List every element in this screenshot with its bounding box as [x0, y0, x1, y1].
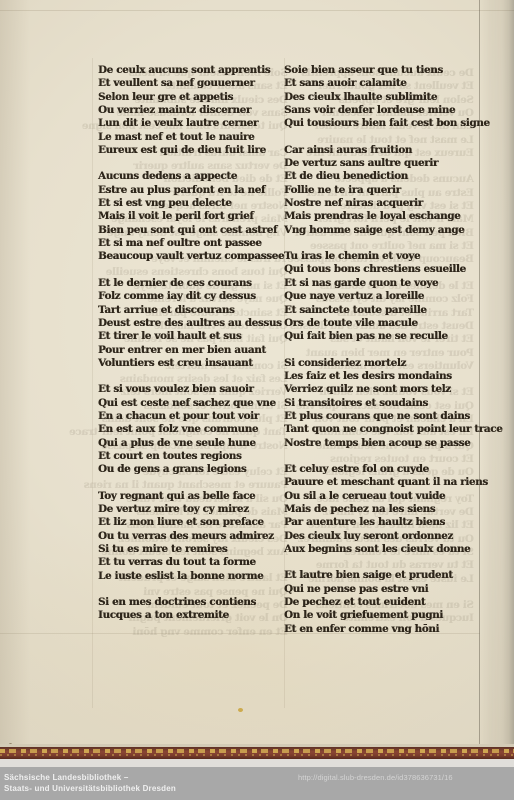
poem-line: Et si ma nef oultre ont passee: [98, 237, 284, 250]
poem-line: Voluntiers est creu insauant: [98, 357, 284, 370]
poem-line: Mais prendras le loyal eschange: [284, 210, 502, 223]
digitized-book-page-view: De ceulx aucuns sont apprentisEt veullen…: [0, 0, 514, 800]
stanza: Car ainsi auras fruitionDe vertuz sans a…: [284, 144, 502, 237]
poem-line: On le voit griefuement pugni: [284, 609, 502, 622]
poem-line: Tant quon ne congnoist point leur trace: [284, 423, 502, 436]
poem-line: Le iuste eslist la bonne norme: [98, 570, 284, 583]
stanza: Et le dernier de ces couransFolz comme i…: [98, 277, 284, 370]
poem-line: Qui fait bien pas ne se reculle: [284, 330, 502, 343]
library-name-line2: Staats- und Universitätsbibliothek Dresd…: [4, 783, 176, 794]
gilt-binding-edge: [0, 747, 514, 759]
poem-line: Si tu es mire te remires: [98, 543, 284, 556]
poem-line: Pour entrer en mer bien auant: [98, 344, 284, 357]
poem-line: Et celuy estre fol on cuyde: [284, 463, 502, 476]
right-column: Soie bien asseur que tu tiensEt sans auo…: [284, 64, 502, 636]
poem-line: Ou tu verras des meurs admirez: [98, 530, 284, 543]
poem-line: Et sans auoir calamite: [284, 77, 502, 90]
poem-line: Le mast nef et tout le nauire: [98, 131, 284, 144]
poem-line: Et le dernier de ces courans: [98, 277, 284, 290]
poem-line: Iucques a ton extremite: [98, 609, 284, 622]
poem-line: De ceulx aucuns sont apprentis: [98, 64, 284, 77]
poem-line: Si transitoires et soudains: [284, 397, 502, 410]
stanza: Et lautre bien saige et prudentQui ne pe…: [284, 569, 502, 636]
poem-line: Nostre temps bien acoup se passe: [284, 437, 502, 450]
poem-line: Ou sil a le cerueau tout vuide: [284, 490, 502, 503]
stanza: Aucuns dedens a appecteEstre au plus par…: [98, 170, 284, 263]
poem-line: De vertuz mire toy cy mirez: [98, 503, 284, 516]
poem-line: Toy regnant qui as belle face: [98, 490, 284, 503]
poem-line: Tu iras le chemin et voye: [284, 250, 502, 263]
poem-line: Qui ne pense pas estre vni: [284, 583, 502, 596]
watermark-bar: Sächsische Landesbibliothek – Staats- un…: [0, 767, 514, 800]
left-column: De ceulx aucuns sont apprentisEt veullen…: [98, 64, 284, 636]
poem-line: Des cieulx luy seront ordonnez: [284, 530, 502, 543]
poem-line: De vertuz sans aultre querir: [284, 157, 502, 170]
poem-line: Si consideriez mortelz: [284, 357, 502, 370]
stanza: De ceulx aucuns sont apprentisEt veullen…: [98, 64, 284, 157]
poem-line: Selon leur gre et appetis: [98, 91, 284, 104]
poem-line: Lun dit ie veulx lautre cerner: [98, 117, 284, 130]
poem-line: Nostre nef niras acquerir: [284, 197, 502, 210]
poem-line: Qui a plus de vne seule hune: [98, 437, 284, 450]
poem-line: Qui est ceste nef sachez que vne: [98, 397, 284, 410]
poem-line: Car ainsi auras fruition: [284, 144, 502, 157]
poem-line: Estre au plus parfont en la nef: [98, 184, 284, 197]
poem-line: Et tu verras du tout ta forme: [98, 556, 284, 569]
stanza: Soie bien asseur que tu tiensEt sans auo…: [284, 64, 502, 131]
poem-line: Aux begnins sont les cieulx donne: [284, 543, 502, 556]
poem-line: Et en enfer comme vng hōni: [284, 623, 502, 636]
stanza: Si en mes doctrines contiensIucques a to…: [98, 596, 284, 623]
paper-stain: [238, 708, 243, 712]
poem-line: Beaucoup vault vertuz compassee: [98, 250, 284, 263]
poem-line: Vng homme saige est demy ange: [284, 224, 502, 237]
ruled-line-center: [284, 58, 285, 708]
poem-line: Si en mes doctrines contiens: [98, 596, 284, 609]
poem-line: Folz comme iay dit cy dessus: [98, 290, 284, 303]
poem-line: Et si est vng peu delecte: [98, 197, 284, 210]
paper-crease-bottom: [0, 633, 480, 634]
poem-line: Mais il voit le peril fort grief: [98, 210, 284, 223]
poem-line: Pauure et meschant quant il na riens: [284, 476, 502, 489]
paper-crease-top: [0, 10, 514, 11]
poem-line: Verriez quilz ne sont mors telz: [284, 383, 502, 396]
poem-line: Et si vous voulez bien sauoir: [98, 383, 284, 396]
poem-line: Et veullent sa nef gouuerner: [98, 77, 284, 90]
poem-line: Que naye vertuz a loreille: [284, 290, 502, 303]
ruled-line-left: [92, 58, 93, 708]
stanza: Toy regnant qui as belle faceDe vertuz m…: [98, 490, 284, 583]
poem-line: Eureux est qui de dieu fuit lire: [98, 144, 284, 157]
poem-line: Tart arriue et discourans: [98, 304, 284, 317]
poem-line: Et tirer le voil hault et sus: [98, 330, 284, 343]
stanza: Si consideriez mortelzLes faiz et les de…: [284, 357, 502, 450]
manuscript-page: De ceulx aucuns sont apprentisEt veullen…: [0, 0, 514, 747]
poem-line: Et sainctete toute pareille: [284, 304, 502, 317]
poem-line: Follie ne te ira querir: [284, 184, 502, 197]
poem-line: En a chacun et pour tout voir: [98, 410, 284, 423]
poem-line: Ou de gens a grans legions: [98, 463, 284, 476]
poem-line: Les faiz et les desirs mondains: [284, 370, 502, 383]
poem-line: Deust estre des aultres au dessus: [98, 317, 284, 330]
poem-line: Soie bien asseur que tu tiens: [284, 64, 502, 77]
poem-line: En est aux folz vne commune: [98, 423, 284, 436]
poem-line: De pechez et tout euident: [284, 596, 502, 609]
poem-line: Par auenture les haultz biens: [284, 516, 502, 529]
poem-line: Et lautre bien saige et prudent: [284, 569, 502, 582]
page-fore-edge: [479, 0, 514, 747]
poem-line: Des cieulx lhaulte sublimite: [284, 91, 502, 104]
library-name-line1: Sächsische Landesbibliothek –: [4, 772, 176, 783]
poem-line: Aucuns dedens a appecte: [98, 170, 284, 183]
stanza: Tu iras le chemin et voyeQui tous bons c…: [284, 250, 502, 343]
poem-line: Ou verriez maintz discerner: [98, 104, 284, 117]
poem-line: Sans voir denfer lordeuse mine: [284, 104, 502, 117]
gold-tooling-row: [0, 749, 514, 753]
gutter-shadow: [0, 0, 30, 747]
stanza: Et celuy estre fol on cuydePauure et mes…: [284, 463, 502, 556]
poem-line: Et court en toutes regions: [98, 450, 284, 463]
poem-line: Et liz mon liure et son preface: [98, 516, 284, 529]
document-url: http://digital.slub-dresden.de/id3786367…: [298, 773, 453, 782]
poem-line: Mais de pechez na les siens: [284, 503, 502, 516]
poem-line: Et si nas garde quon te voye: [284, 277, 502, 290]
poem-line: Ors de toute vile macule: [284, 317, 502, 330]
poem-line: Qui tous bons chrestiens esueille: [284, 263, 502, 276]
gold-tooling-dots: [0, 754, 514, 756]
poem-line: Qui tousiours bien fait cest bon signe: [284, 117, 502, 130]
poem-line: Et plus courans que ne sont dains: [284, 410, 502, 423]
stanza: Et si vous voulez bien sauoirQui est ces…: [98, 383, 284, 476]
poem-line: Et de dieu benediction: [284, 170, 502, 183]
poem-line: Bien peu sont qui ont cest astref: [98, 224, 284, 237]
library-name: Sächsische Landesbibliothek – Staats- un…: [4, 772, 176, 794]
